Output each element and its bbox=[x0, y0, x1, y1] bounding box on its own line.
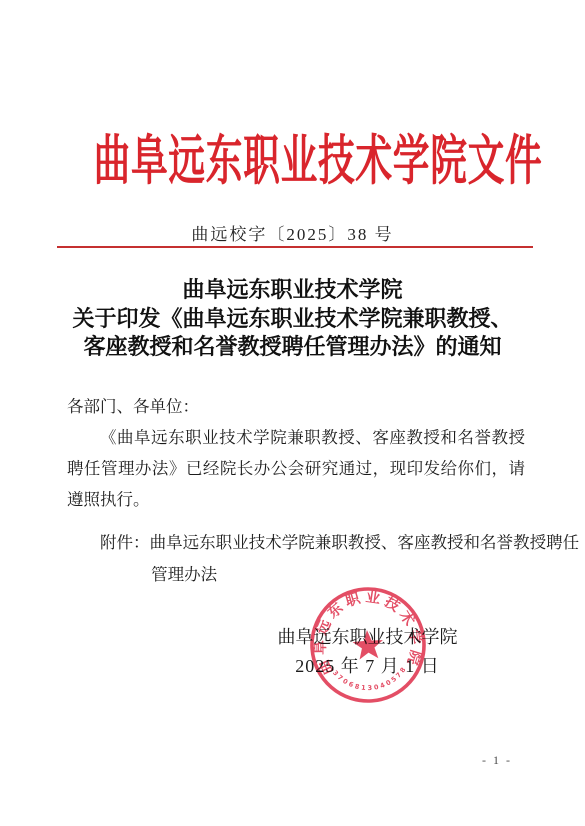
seal-graphic: 曲阜远东职业技术学院 3706813040578 bbox=[304, 581, 432, 709]
notice-title-line3: 客座教授和名誉教授聘任管理办法》的通知 bbox=[30, 333, 555, 362]
document-number: 曲远校字〔2025〕38 号 bbox=[0, 220, 585, 245]
attachment-note: 附件：曲阜远东职业技术学院兼职教授、客座教授和名誉教授聘任管理办法 bbox=[100, 527, 579, 590]
letterhead-org-title: 曲阜远东职业技术学院文件 bbox=[94, 118, 492, 195]
seal-star-icon bbox=[352, 629, 384, 660]
red-separator-rule bbox=[57, 246, 533, 248]
salutation: 各部门、各单位： bbox=[67, 391, 525, 422]
page-number: - 1 - bbox=[482, 753, 512, 768]
notice-title: 曲阜远东职业技术学院 关于印发《曲阜远东职业技术学院兼职教授、 客座教授和名誉教… bbox=[30, 276, 555, 362]
notice-title-line1: 曲阜远东职业技术学院 bbox=[30, 276, 555, 305]
body-paragraph: 《曲阜远东职业技术学院兼职教授、客座教授和名誉教授聘任管理办法》已经院长办公会研… bbox=[67, 422, 525, 515]
document-page: 曲阜远东职业技术学院文件 曲远校字〔2025〕38 号 曲阜远东职业技术学院 关… bbox=[0, 0, 585, 826]
official-seal: 曲阜远东职业技术学院 3706813040578 bbox=[304, 581, 432, 709]
attachment-text: 曲阜远东职业技术学院兼职教授、客座教授和名誉教授聘任管理办法 bbox=[150, 533, 580, 584]
body-text: 各部门、各单位： 《曲阜远东职业技术学院兼职教授、客座教授和名誉教授聘任管理办法… bbox=[67, 391, 525, 515]
attachment-label: 附件： bbox=[100, 533, 150, 552]
notice-title-line2: 关于印发《曲阜远东职业技术学院兼职教授、 bbox=[30, 305, 555, 334]
